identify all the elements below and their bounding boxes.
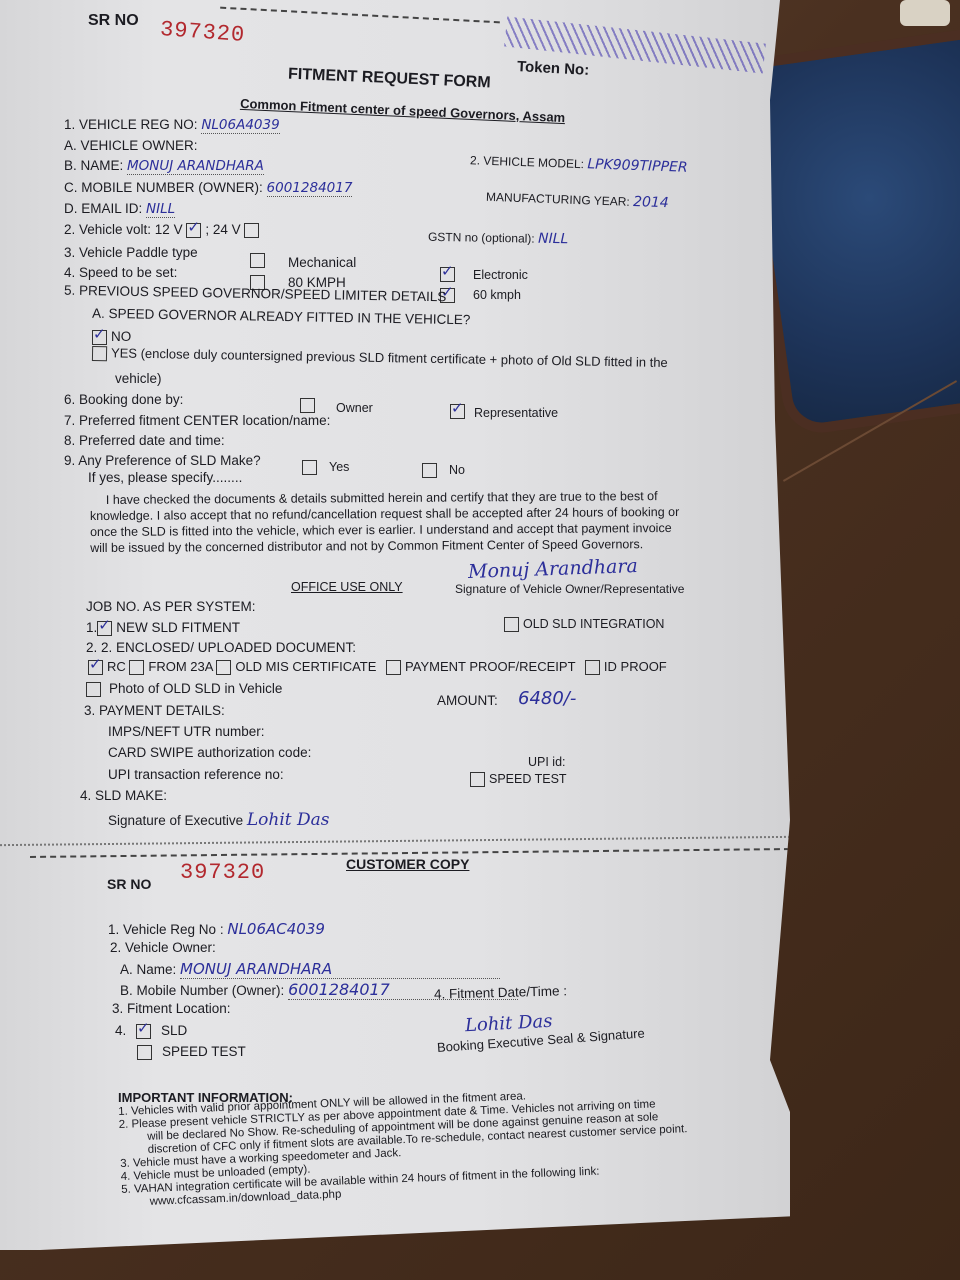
amount-label: AMOUNT: [437,693,498,708]
gstn-row: GSTN no (optional): NILL [428,229,569,247]
exec-signature-row: Signature of Executive Lohit Das [108,810,330,830]
sld-pref-no-label: No [449,463,465,477]
model-value: LPK909TIPPER [587,156,688,175]
paddle-mechanical-label: Mechanical [288,255,356,270]
cc-reg-label: 1. Vehicle Reg No : [108,922,224,937]
cc-sld-checkbox[interactable] [136,1024,151,1039]
new-sld-label: NEW SLD FITMENT [116,620,240,635]
important-list: 1. Vehicles with valid prior appointment… [118,1084,690,1210]
old-sld-integration-label: OLD SLD INTEGRATION [523,617,664,631]
amount-value: 6480/- [518,688,576,709]
sld-make-label: 4. SLD MAKE: [80,788,167,803]
owner-signature: Monuj Arandhara [468,555,638,583]
gstn-value: NILL [538,231,568,248]
mobile-value: 6001284017 [267,180,353,197]
booking-label: 6. Booking done by: [64,392,183,407]
doc-photo-checkbox[interactable] [86,682,101,697]
cc-item-number: 4. [115,1023,126,1038]
cc-reg-row: 1. Vehicle Reg No : NL06AC4039 [108,920,325,938]
cc-reg-value: NL06AC4039 [227,920,325,938]
name-value: MONUJ ARANDHARA [127,158,264,175]
exec-signature-label: Signature of Executive [108,813,243,828]
speed-60-label: 60 kmph [473,288,521,302]
cc-speed-test-checkbox[interactable] [137,1045,152,1060]
upi-id-label: UPI id: [528,755,566,769]
speed-test-label: SPEED TEST [489,772,567,786]
owner-signature-label: Signature of Vehicle Owner/Representativ… [455,582,684,596]
volt-label: 2. Vehicle volt: 12 V [64,222,183,237]
mobile-row: C. MOBILE NUMBER (OWNER): 6001284017 [64,180,352,197]
declaration-line: will be issued by the concerned distribu… [90,536,679,556]
fitment-form-paper: SR NO 397320 Token No: FITMENT REQUEST F… [0,0,790,1250]
prev-yes-checkbox[interactable] [92,346,107,361]
speed-label: 4. Speed to be set: [64,265,177,280]
booking-rep-checkbox[interactable] [450,404,465,419]
customer-sr-no-label: SR NO [107,876,151,892]
vehicle-owner-label: A. VEHICLE OWNER: [64,138,198,153]
old-sld-integration-checkbox[interactable] [504,617,519,632]
job-no-label: JOB NO. AS PER SYSTEM: [86,599,256,614]
cc-location-label: 3. Fitment Location: [112,1001,231,1016]
volt-24-label: ; 24 V [205,222,240,237]
new-sld-checkbox[interactable] [97,621,112,636]
doc-23a-label: FROM 23A [148,659,212,674]
model-row: 2. VEHICLE MODEL: LPK909TIPPER [470,152,688,176]
prev-governor-label: 5. PREVIOUS SPEED GOVERNOR/SPEED LIMITER… [64,283,447,305]
zipper-pull [900,0,950,26]
declaration: I have checked the documents & details s… [90,488,680,556]
paddle-electronic-checkbox[interactable] [440,267,455,282]
token-label: Token No: [517,58,590,79]
date-label: 8. Preferred date and time: [64,433,225,448]
volt-row: 2. Vehicle volt: 12 V ; 24 V [64,222,263,238]
sld-pref-label: 9. Any Preference of SLD Make? [64,453,261,468]
sld-specify: If yes, please specify........ [88,470,242,485]
center-label: 7. Preferred fitment CENTER location/nam… [64,413,330,428]
cc-name-label: A. Name: [120,962,176,977]
office-use-heading: OFFICE USE ONLY [291,580,403,594]
mfg-year-value: 2014 [633,194,669,211]
sld-pref-no-checkbox[interactable] [422,463,437,478]
doc-rc-checkbox[interactable] [88,660,103,675]
mfg-year-row: MANUFACTURING YEAR: 2014 [486,189,669,211]
prev-yes-label: YES (enclose duly countersigned previous… [111,345,668,370]
exec-signature: Lohit Das [247,810,330,830]
imps-label: IMPS/NEFT UTR number: [108,724,265,739]
cc-sld-label: SLD [161,1023,187,1038]
paddle-electronic-label: Electronic [473,268,528,282]
booking-owner-label: Owner [336,401,373,415]
prev-no-label: NO [111,329,131,344]
payment-label: 3. PAYMENT DETAILS: [84,703,225,718]
customer-sr-no-value: 397320 [180,860,265,885]
prev-yes-cont: vehicle) [115,371,162,386]
prev-governor-question: A. SPEED GOVERNOR ALREADY FITTED IN THE … [92,306,471,328]
cc-mobile-label: B. Mobile Number (Owner): [120,983,284,998]
paddle-mechanical-checkbox[interactable] [250,253,265,268]
sr-no-value: 397320 [159,17,246,48]
email-label: D. EMAIL ID: [64,201,142,216]
card-label: CARD SWIPE authorization code: [108,745,311,760]
volt-24-checkbox[interactable] [244,223,259,238]
form-title: FITMENT REQUEST FORM [288,66,491,93]
doc-photo-label: Photo of OLD SLD in Vehicle [109,681,282,696]
doc-mis-label: OLD MIS CERTIFICATE [235,659,376,674]
booking-owner-checkbox[interactable] [300,398,315,413]
upi-ref-label: UPI transaction reference no: [108,767,284,782]
model-label: 2. VEHICLE MODEL: [470,153,584,171]
doc-mis-checkbox[interactable] [216,660,231,675]
customer-copy-title: CUSTOMER COPY [346,856,469,872]
doc-payment-label: PAYMENT PROOF/RECEIPT [405,659,575,674]
name-label: B. NAME: [64,158,123,173]
perforation-line [0,836,790,846]
vehicle-reg-value: NL06A4039 [201,117,279,134]
cc-name-value: MONUJ ARANDHARA [180,960,500,979]
speed-test-checkbox[interactable] [470,772,485,787]
booking-rep-label: Representative [474,406,558,420]
doc-rc-label: RC [107,659,126,674]
doc-id-checkbox[interactable] [585,660,600,675]
gstn-label: GSTN no (optional): [428,230,535,246]
cc-date-label: 4. Fitment Date/Time : [434,983,567,1001]
name-row: B. NAME: MONUJ ARANDHARA [64,158,264,175]
mobile-label: C. MOBILE NUMBER (OWNER): [64,180,263,195]
prev-no-checkbox[interactable] [92,330,107,345]
documents-row: RC FROM 23A OLD MIS CERTIFICATE PAYMENT … [88,659,667,675]
volt-12-checkbox[interactable] [186,223,201,238]
cc-name-row: A. Name: MONUJ ARANDHARA [120,960,500,979]
tear-line [220,7,500,24]
cc-owner-label: 2. Vehicle Owner: [110,940,216,955]
mfg-year-label: MANUFACTURING YEAR: [486,190,630,209]
sr-no-label: SR NO [88,12,139,30]
sld-pref-yes-checkbox[interactable] [302,460,317,475]
doc-payment-checkbox[interactable] [386,660,401,675]
paddle-label: 3. Vehicle Paddle type [64,245,198,260]
vehicle-reg-row: 1. VEHICLE REG NO: NL06A4039 [64,117,280,134]
doc-23a-checkbox[interactable] [129,660,144,675]
email-value: NILL [146,201,175,218]
vehicle-reg-label: 1. VEHICLE REG NO: [64,117,198,132]
doc-id-label: ID PROOF [604,659,667,674]
sld-pref-yes-label: Yes [329,460,349,474]
cc-speed-test-label: SPEED TEST [162,1044,246,1059]
email-row: D. EMAIL ID: NILL [64,201,175,218]
form-subtitle: Common Fitment center of speed Governors… [240,96,566,125]
enclosed-label: 2. 2. ENCLOSED/ UPLOADED DOCUMENT: [86,640,356,655]
